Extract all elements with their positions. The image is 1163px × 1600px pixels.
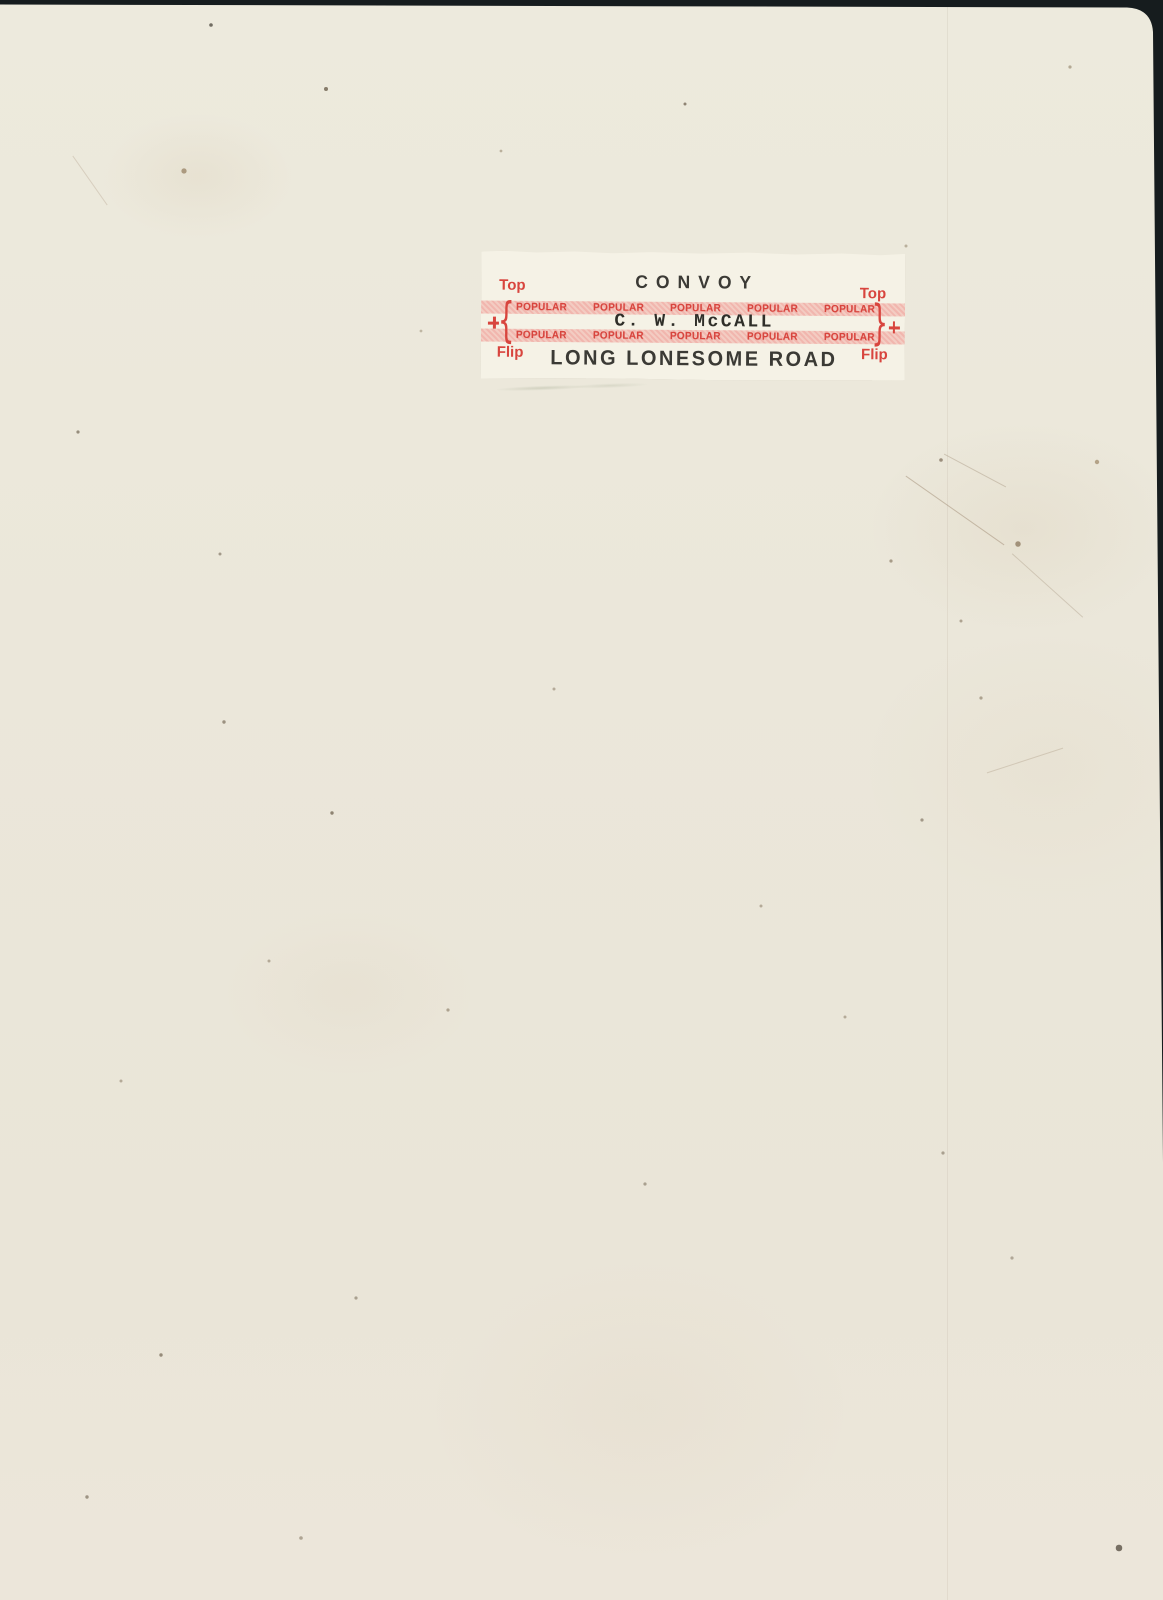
register-brace-right-icon: }: [871, 299, 888, 347]
top-label-left: Top: [499, 277, 525, 294]
song-title: CONVOY: [481, 270, 905, 295]
dust-specks: [0, 0, 2, 2]
flip-song-title: LONG LONESOME ROAD: [481, 346, 905, 373]
scanned-paper-background: [0, 0, 1163, 1600]
register-cross-right-icon: [892, 321, 895, 333]
register-cross-left-icon: [493, 317, 496, 329]
register-brace-left-icon: {: [498, 297, 515, 345]
artist-name: C. W. McCALL: [481, 311, 905, 334]
jukebox-title-strip: CONVOY Top Top POPULAR POPULAR POPULAR P…: [481, 250, 906, 382]
scan-artifact-line: [947, 0, 948, 1600]
